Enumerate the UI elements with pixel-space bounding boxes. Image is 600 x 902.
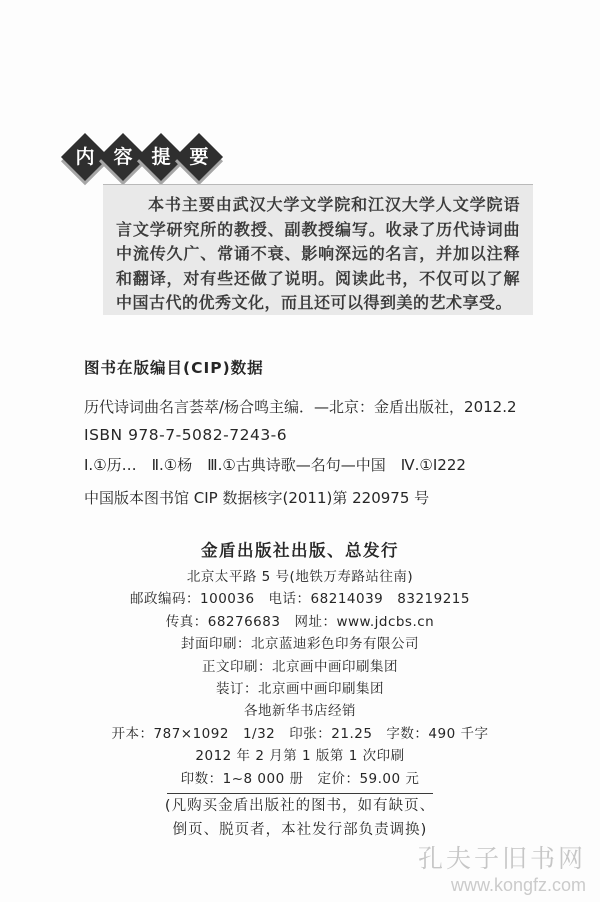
publisher-postcode-phone: 邮政编码：100036 电话：68214039 83219215 [0,588,600,610]
watermark: 孔夫子旧书网 www.kongfz.com [418,839,586,896]
binder-line: 装订：北京画中画印刷集团 [0,678,600,700]
cip-classification: Ⅰ.①历… Ⅱ.①杨 Ⅲ.①古典诗歌—名句—中国 Ⅳ.①I222 [84,455,564,476]
cip-heading: 图书在版编目(CIP)数据 [84,358,564,379]
publisher-fax-website: 传真：68276683 网址：www.jdcbs.cn [0,611,600,633]
summary-box: 本书主要由武汉大学文学院和江汉大学人文学院语言文学研究所的教授、副教授编写。收录… [103,184,533,315]
publisher-address: 北京太平路 5 号(地铁万寿路站往南) [0,566,600,588]
watermark-site-url: www.kongfz.com [418,875,586,896]
edition-line: 2012 年 2 月第 1 版第 1 次印刷 [0,745,600,767]
publisher-title: 金盾出版社出版、总发行 [0,537,600,561]
badge-char-4: 要 [182,140,216,174]
print-run-price-line: 印数：1~8 000 册 定价：59.00 元 [0,768,600,794]
watermark-site-name: 孔夫子旧书网 [418,839,586,875]
summary-text: 本书主要由武汉大学文学院和江汉大学人文学院语言文学研究所的教授、副教授编写。收录… [116,193,520,315]
badge-char-3: 提 [144,140,178,174]
cip-isbn: ISBN 978-7-5082-7243-6 [84,425,564,446]
cip-record-number: 中国版本图书馆 CIP 数据核字(2011)第 220975 号 [84,488,564,509]
badge-diamond-4: 要 [175,133,223,181]
cover-printer: 封面印刷：北京蓝迪彩色印务有限公司 [0,633,600,655]
badge-char-2: 容 [106,140,140,174]
cip-section: 图书在版编目(CIP)数据 历代诗词曲名言荟萃/杨合鸣主编．—北京：金盾出版社，… [84,358,564,509]
print-run-price-text: 印数：1~8 000 册 定价：59.00 元 [167,768,434,794]
text-printer: 正文印刷：北京画中画印刷集团 [0,656,600,678]
publisher-section: 金盾出版社出版、总发行 北京太平路 5 号(地铁万寿路站往南) 邮政编码：100… [0,537,600,842]
book-copyright-page: 内 容 提 要 本书主要由武汉大学文学院和江汉大学人文学院语言文学研究所的教授、… [0,0,600,902]
badge-char-1: 内 [68,140,102,174]
content-summary-badge: 内 容 提 要 [68,140,216,174]
exchange-note-line-1: (凡购买金盾出版社的图书，如有缺页、 [0,794,600,818]
distributor-line: 各地新华书店经销 [0,700,600,722]
format-line: 开本：787×1092 1/32 印张：21.25 字数：490 千字 [0,723,600,745]
cip-title-line: 历代诗词曲名言荟萃/杨合鸣主编．—北京：金盾出版社，2012.2 [84,397,564,418]
